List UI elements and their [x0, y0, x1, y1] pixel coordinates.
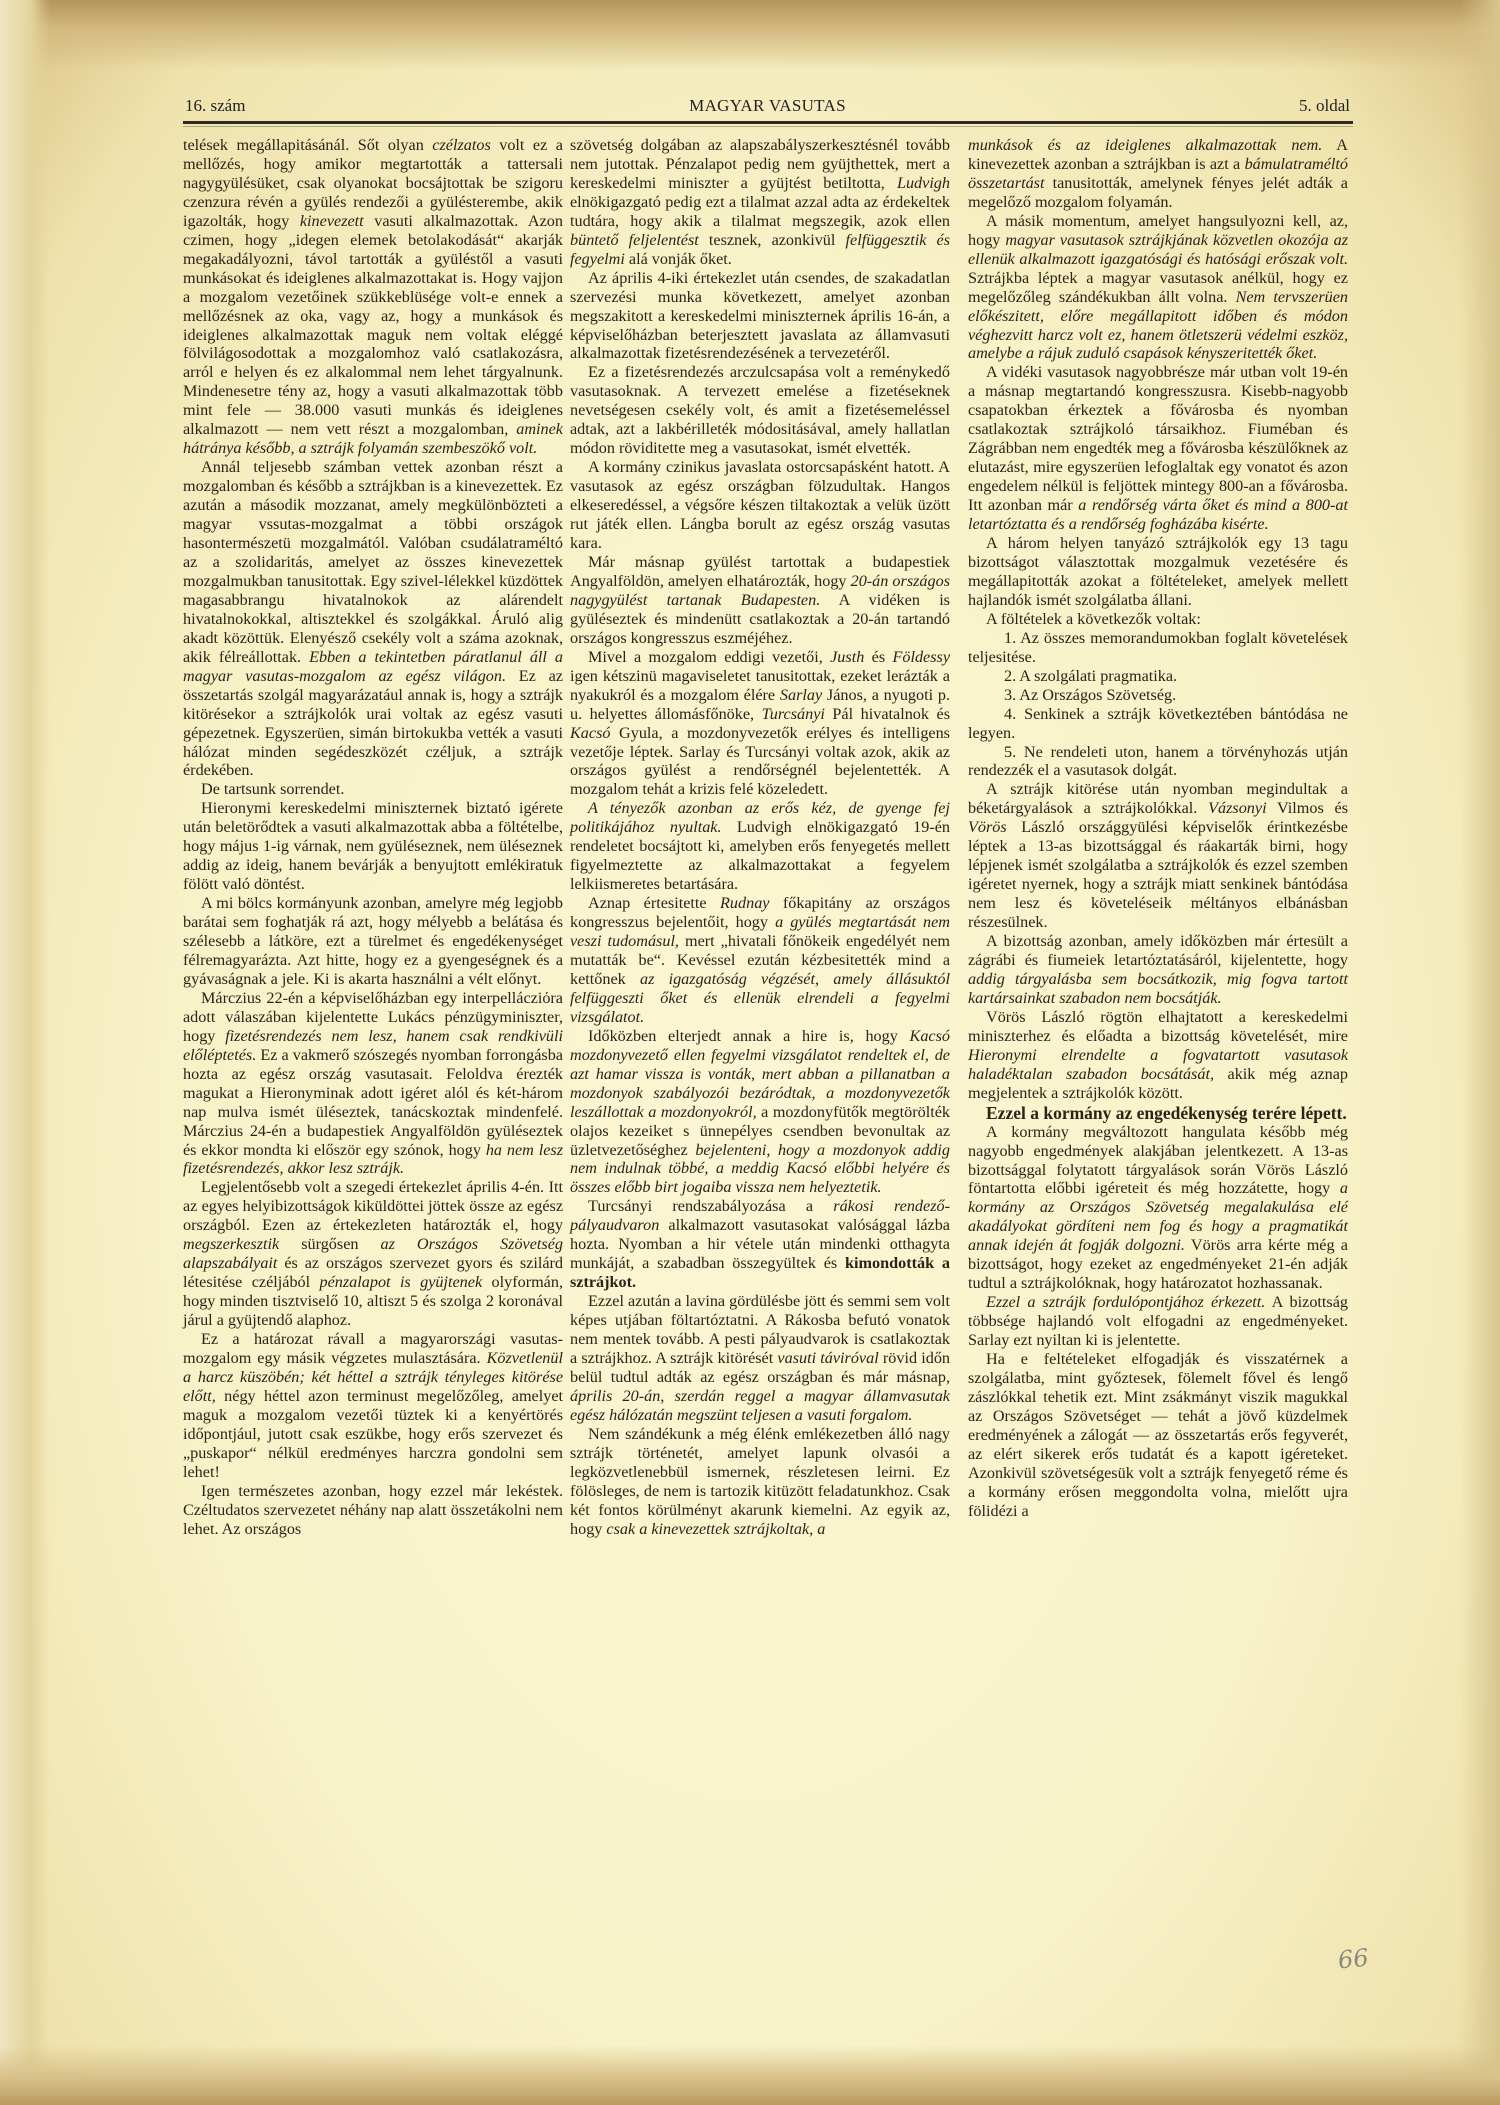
- paragraph: Időközben elterjedt annak a hire is, hog…: [570, 1027, 950, 1198]
- list-item: 1. Az összes memorandumokban foglalt köv…: [968, 629, 1348, 667]
- handwritten-page-annotation: 66: [1337, 1943, 1370, 1974]
- paragraph: Az április 4-iki értekezlet után csendes…: [570, 269, 950, 364]
- paragraph: Mivel a mozgalom eddigi vezetői, Justh é…: [570, 648, 950, 800]
- paragraph: A három helyen tanyázó sztrájkolók egy 1…: [968, 534, 1348, 610]
- paper-edge-bottom: [0, 2045, 1500, 2105]
- article-column-3: munkások és az ideiglenes alkalmazottak …: [968, 136, 1348, 1521]
- article-column-2: szövetség dolgában az alapszabályszerkes…: [570, 136, 950, 1539]
- paragraph: Hieronymi kereskedelmi miniszternek bizt…: [183, 799, 563, 894]
- paper-edge-right: [1460, 0, 1500, 2105]
- list-item: 4. Senkinek a sztrájk következtében bánt…: [968, 705, 1348, 743]
- paragraph: Ez a fizetésrendezés arczulcsapása volt …: [570, 363, 950, 458]
- paragraph: Vörös László rögtön elhajtatott a keresk…: [968, 1008, 1348, 1103]
- paragraph: Ezzel azután a lavina gördülésbe jött és…: [570, 1292, 950, 1425]
- paragraph: szövetség dolgában az alapszabályszerkes…: [570, 136, 950, 269]
- article-column-1: telések megállapitásánál. Sőt olyan czél…: [183, 136, 563, 1539]
- paper-edge-left: [0, 0, 50, 2105]
- paragraph: A bizottság azonban, amely időközben már…: [968, 932, 1348, 1008]
- header-rule-thin: [183, 126, 1353, 127]
- page-number: 5. oldal: [1299, 96, 1350, 116]
- paragraph: A tényezők azonban az erős kéz, de gyeng…: [570, 799, 950, 894]
- paragraph: Ha e feltételeket elfogadják és visszaté…: [968, 1350, 1348, 1521]
- paragraph: Ez a határozat rávall a magyarországi va…: [183, 1330, 563, 1482]
- paper-edge-top: [0, 0, 1500, 70]
- header-rule: [183, 121, 1353, 124]
- paragraph: Turcsányi rendszabályozása a rákosi rend…: [570, 1197, 950, 1292]
- section-heading: Ezzel a kormány az engedékenység terére …: [968, 1103, 1348, 1123]
- paragraph: Márczius 22-én a képviselőházban egy int…: [183, 989, 563, 1179]
- paragraph: munkások és az ideiglenes alkalmazottak …: [968, 136, 1348, 212]
- paragraph: Nem szándékunk a még élénk emlékezetben …: [570, 1425, 950, 1539]
- paragraph: A föltételek a következők voltak:: [968, 610, 1348, 629]
- newspaper-page: 16. szám MAGYAR VASUTAS 5. oldal telések…: [0, 0, 1500, 2105]
- list-item: 2. A szolgálati pragmatika.: [968, 667, 1348, 686]
- paragraph: Legjelentősebb volt a szegedi értekezlet…: [183, 1178, 563, 1330]
- paragraph: Aznap értesitette Rudnay főkapitány az o…: [570, 894, 950, 1027]
- paragraph: A másik momentum, amelyet hangsulyozni k…: [968, 212, 1348, 364]
- paragraph: Már másnap gyülést tartottak a budapesti…: [570, 553, 950, 648]
- paragraph: A sztrájk kitörése után nyomban megindul…: [968, 780, 1348, 932]
- paragraph: telések megállapitásánál. Sőt olyan czél…: [183, 136, 563, 458]
- paragraph: A kormány megváltozott hangulata később …: [968, 1123, 1348, 1294]
- paragraph: A vidéki vasutasok nagyobbrésze már utba…: [968, 363, 1348, 534]
- paragraph: Annál teljesebb számban vettek azonban r…: [183, 458, 563, 780]
- paragraph: A mi bölcs kormányunk azonban, amelyre m…: [183, 894, 563, 989]
- paragraph: A kormány czinikus javaslata ostorcsapás…: [570, 458, 950, 553]
- list-item: 5. Ne rendeleti uton, hanem a törvényhoz…: [968, 743, 1348, 781]
- paragraph: Igen természetes azonban, hogy ezzel már…: [183, 1482, 563, 1539]
- newspaper-title: MAGYAR VASUTAS: [185, 96, 1350, 116]
- paragraph: De tartsunk sorrendet.: [183, 780, 563, 799]
- list-item: 3. Az Országos Szövetség.: [968, 686, 1348, 705]
- paragraph: Ezzel a sztrájk fordulópontjához érkezet…: [968, 1293, 1348, 1350]
- page-header: 16. szám MAGYAR VASUTAS 5. oldal: [185, 96, 1350, 122]
